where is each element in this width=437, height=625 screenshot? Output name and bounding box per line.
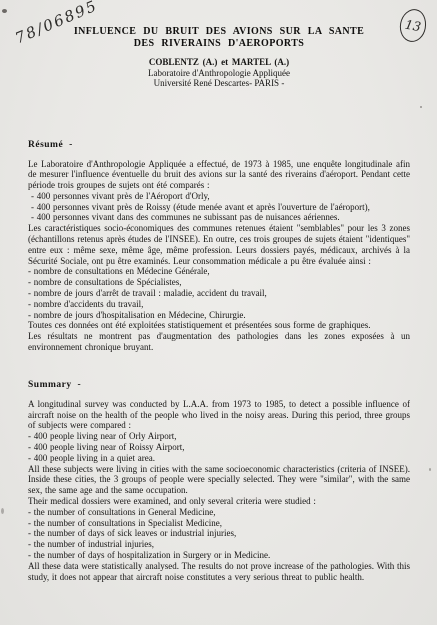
resume-group-list: - 400 personnes vivant près de l'Aéropor…	[28, 191, 410, 223]
university-line: Université René Descartes- PARIS -	[28, 78, 410, 89]
summary-paragraph-4: All these data were statistically analys…	[28, 561, 410, 583]
list-item: - 400 people living near of Roissy Airpo…	[28, 442, 410, 453]
summary-heading: Summary -	[28, 380, 410, 390]
list-item: - 400 personnes vivant près de Roissy (é…	[28, 202, 410, 213]
list-item: - the number of consultations in Special…	[28, 518, 410, 529]
resume-criteria-list: - nombre de consultations en Médecine Gé…	[28, 266, 410, 320]
list-item: - nombre d'accidents du travail,	[28, 299, 410, 310]
summary-body: A longitudinal survey was conducted by L…	[28, 399, 410, 583]
summary-paragraph-3: Their medical dossiers were examined, an…	[28, 496, 410, 507]
resume-section: Résumé - Le Laboratoire d'Anthropologie …	[28, 140, 410, 353]
authors-line: COBLENTZ (A.) et MARTEL (A.)	[28, 57, 410, 68]
summary-paragraph-1: A longitudinal survey was conducted by L…	[28, 399, 410, 431]
list-item: - nombre de consultations en Médecine Gé…	[28, 266, 410, 277]
resume-paragraph-1: Le Laboratoire d'Anthropologie Appliquée…	[28, 159, 410, 191]
scanned-paper-page: 78/06895 13 INFLUENCE DU BRUIT DES AVION…	[0, 0, 437, 625]
resume-paragraph-2: Les caractéristiques socio-économiques d…	[28, 223, 410, 266]
page-content: INFLUENCE DU BRUIT DES AVIONS SUR LA SAN…	[0, 0, 437, 582]
summary-group-list: - 400 people living near of Orly Airport…	[28, 431, 410, 463]
resume-paragraph-3: Toutes ces données ont été exploitées st…	[28, 320, 410, 331]
list-item: - the number of consultations in General…	[28, 507, 410, 518]
resume-paragraph-4: Les résultats ne montrent pas d'augmenta…	[28, 331, 410, 353]
list-item: - 400 personnes vivant dans des communes…	[28, 212, 410, 223]
paper-title-line-2: DES RIVERAINS D'AEROPORTS	[28, 38, 410, 50]
list-item: - the number of days of sick leaves or i…	[28, 528, 410, 539]
resume-heading: Résumé -	[28, 140, 410, 150]
summary-paragraph-2: All these subjects were living in cities…	[28, 464, 410, 496]
list-item: - the number of days of hospitalization …	[28, 550, 410, 561]
summary-section: Summary - A longitudinal survey was cond…	[28, 380, 410, 583]
list-item: - the number of industrial injuries,	[28, 539, 410, 550]
list-item: - 400 personnes vivant près de l'Aéropor…	[28, 191, 410, 202]
list-item: - 400 people living near of Orly Airport…	[28, 431, 410, 442]
list-item: - nombre de jours d'hospitalisation en M…	[28, 310, 410, 321]
list-item: - 400 people living in a quiet area.	[28, 453, 410, 464]
paper-title-line-1: INFLUENCE DU BRUIT DES AVIONS SUR LA SAN…	[28, 26, 410, 38]
list-item: - nombre de consultations de Spécialiste…	[28, 277, 410, 288]
laboratory-line: Laboratoire d'Anthropologie Appliquée	[28, 68, 410, 79]
summary-criteria-list: - the number of consultations in General…	[28, 507, 410, 561]
paper-header: INFLUENCE DU BRUIT DES AVIONS SUR LA SAN…	[28, 26, 410, 89]
resume-body: Le Laboratoire d'Anthropologie Appliquée…	[28, 159, 410, 353]
list-item: - nombre de jours d'arrêt de travail : m…	[28, 288, 410, 299]
authors-block: COBLENTZ (A.) et MARTEL (A.) Laboratoire…	[28, 57, 410, 89]
